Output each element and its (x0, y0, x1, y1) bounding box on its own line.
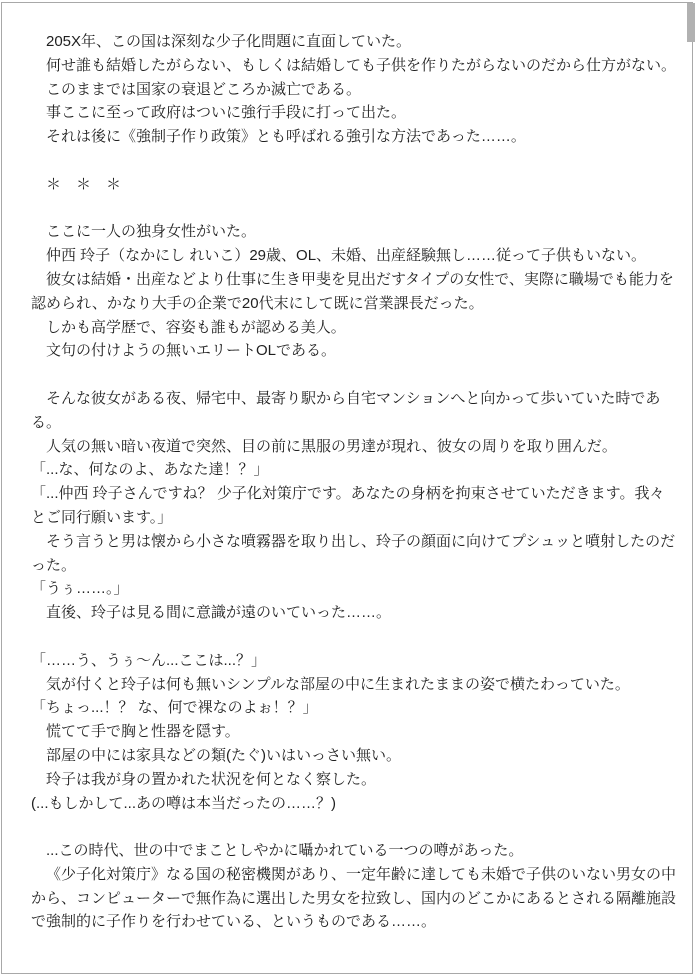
story-line: 慌てて手で胸と性器を隠す。 (31, 720, 676, 744)
document-page: 205X年、この国は深刻な少子化問題に直面していた。何せ誰も結婚したがらない、も… (1, 2, 693, 974)
story-line: ...この時代、世の中でまことしやかに囁かれている一つの噂があった。 (31, 839, 676, 863)
story-line: 部屋の中には家具などの類(たぐ)いはいっさい無い。 (31, 744, 676, 768)
story-line: そう言うと男は懐から小さな噴霧器を取り出し、玲子の顔面に向けてプシュッと噴射した… (31, 530, 676, 578)
story-section-abduction-scene: そんな彼女がある夜、帰宅中、最寄り駅から自宅マンションへと向かって歩いていた時で… (31, 387, 676, 625)
story-line: 仲西 玲子（なかにし れいこ）29歳、OL、未婚、出産経験無し……従って子供もい… (31, 244, 676, 268)
story-section-scene-separator: ＊ ＊ ＊ (31, 173, 676, 197)
story-line: (...もしかして...あの噂は本当だったの……？) (31, 792, 676, 816)
story-line: しかも高学歴で、容姿も誰もが認める美人。 (31, 316, 676, 340)
story-line: 205X年、この国は深刻な少子化問題に直面していた。 (31, 30, 676, 54)
story-line: このままでは国家の衰退どころか滅亡である。 (31, 78, 676, 102)
scrollbar-thumb[interactable] (687, 3, 695, 42)
story-line: それは後に《強制子作り政策》とも呼ばれる強引な方法であった……。 (31, 125, 676, 149)
story-line: そんな彼女がある夜、帰宅中、最寄り駅から自宅マンションへと向かって歩いていた時で… (31, 387, 676, 435)
story-line: 何せ誰も結婚したがらない、もしくは結婚しても子供を作りたがらないのだから仕方がな… (31, 54, 676, 78)
story-line: 「...な、何なのよ、あなた達！？」 (31, 458, 676, 482)
story-line: 事ここに至って政府はついに強行手段に打って出た。 (31, 101, 676, 125)
story-line: 直後、玲子は見る間に意識が遠のいていった……。 (31, 601, 676, 625)
story-line: 「うぅ……。」 (31, 577, 676, 601)
story-section-intro: 205X年、この国は深刻な少子化問題に直面していた。何せ誰も結婚したがらない、も… (31, 30, 676, 149)
story-section-heroine-introduction: ここに一人の独身女性がいた。仲西 玲子（なかにし れいこ）29歳、OL、未婚、出… (31, 220, 676, 363)
scrollbar-track[interactable] (687, 3, 695, 973)
story-line: 気が付くと玲子は何も無いシンプルな部屋の中に生まれたままの姿で横たわっていた。 (31, 673, 676, 697)
story-line: 彼女は結婚・出産などより仕事に生き甲斐を見出だすタイプの女性で、実際に職場でも能… (31, 268, 676, 316)
story-line: 人気の無い暗い夜道で突然、目の前に黒服の男達が現れ、彼女の周りを取り囲んだ。 (31, 435, 676, 459)
story-line: ここに一人の独身女性がいた。 (31, 220, 676, 244)
story-line: 玲子は我が身の置かれた状況を何となく察した。 (31, 768, 676, 792)
story-section-rumor-explanation: ...この時代、世の中でまことしやかに囁かれている一つの噂があった。《少子化対策… (31, 839, 676, 934)
story-line: 《少子化対策庁》なる国の秘密機関があり、一定年齢に達しても未婚で子供のいない男女… (31, 863, 676, 934)
story-line: ＊ ＊ ＊ (31, 173, 676, 197)
story-text-area: 205X年、この国は深刻な少子化問題に直面していた。何せ誰も結婚したがらない、も… (2, 3, 693, 934)
story-line: 「ちょっ...！？ な、何で裸なのよぉ！？」 (31, 696, 676, 720)
story-section-awakening-scene: 「……う、うぅ～ん...ここは...？」気が付くと玲子は何も無いシンプルな部屋の… (31, 649, 676, 816)
story-line: 「……う、うぅ～ん...ここは...？」 (31, 649, 676, 673)
story-line: 「...仲西 玲子さんですね？ 少子化対策庁です。あなたの身柄を拘束させていただ… (31, 482, 676, 530)
story-line: 文句の付けようの無いエリートOLである。 (31, 339, 676, 363)
